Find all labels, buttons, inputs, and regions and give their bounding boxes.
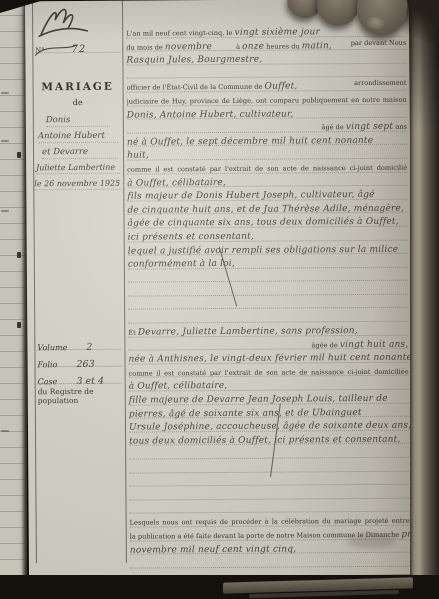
registre-label: du Registre de population — [38, 387, 124, 406]
folio-field: Folio 263 — [37, 352, 121, 368]
margin-bride-firstnames: Juliette Lambertine — [36, 163, 120, 175]
act-lines: L'an mil neuf cent vingt-cinq, le vingt … — [126, 23, 410, 582]
previous-page-edge — [0, 0, 27, 578]
act-type-subtitle: de — [34, 98, 122, 108]
case-value: 3 et 4 — [76, 376, 104, 387]
line-right-part: arrondissement — [354, 74, 407, 90]
number-underline-flourish — [33, 41, 93, 59]
printed-text: âgée de — [311, 341, 339, 349]
book-fore-edge — [410, 0, 439, 599]
binding-stitch — [17, 252, 21, 258]
case-label: Case — [38, 377, 58, 386]
margin-groom-firstnames: Antoine Hubert — [38, 131, 118, 144]
margin-bride-link: et Devarre — [42, 147, 118, 160]
binding-stitch — [17, 322, 21, 328]
printed-text: L'an mil neuf cent vingt-cinq, le — [126, 29, 234, 38]
printed-text: heures du — [264, 42, 302, 50]
register-page: N° 72 MARIAGE de Donis Antoine Hubert et… — [25, 0, 413, 577]
photo-corner-shadow — [379, 0, 439, 44]
printed-text: du mois de — [126, 43, 165, 51]
printed-text: arrondissement — [354, 79, 407, 87]
case-field: Case 3 et 4 — [38, 369, 122, 385]
margin-groom-surname: Donis — [46, 115, 110, 127]
folio-label: Folio — [38, 360, 58, 369]
act-type-title: MARIAGE — [34, 81, 122, 94]
printed-text: âgé de — [321, 123, 345, 131]
printed-text: Et — [128, 329, 138, 337]
volume-label: Volume — [37, 343, 67, 352]
volume-field: Volume 2 — [37, 335, 121, 351]
ghost-text-mark — [1, 92, 9, 94]
printed-text: ans — [393, 123, 407, 131]
margin-column: N° 72 MARIAGE de Donis Antoine Hubert et… — [33, 1, 125, 572]
ghost-text-mark — [1, 210, 9, 212]
printed-text: officier de l'État-Civil de la Commune d… — [127, 83, 265, 92]
margin-marriage-date: le 26 novembre 1925 — [34, 179, 122, 191]
binding-stitch — [17, 152, 21, 158]
ghost-text-mark — [1, 430, 9, 432]
register-photo: N° 72 MARIAGE de Donis Antoine Hubert et… — [0, 0, 439, 599]
ghost-text-mark — [1, 140, 9, 142]
paraph-flourish-mark — [37, 4, 99, 38]
